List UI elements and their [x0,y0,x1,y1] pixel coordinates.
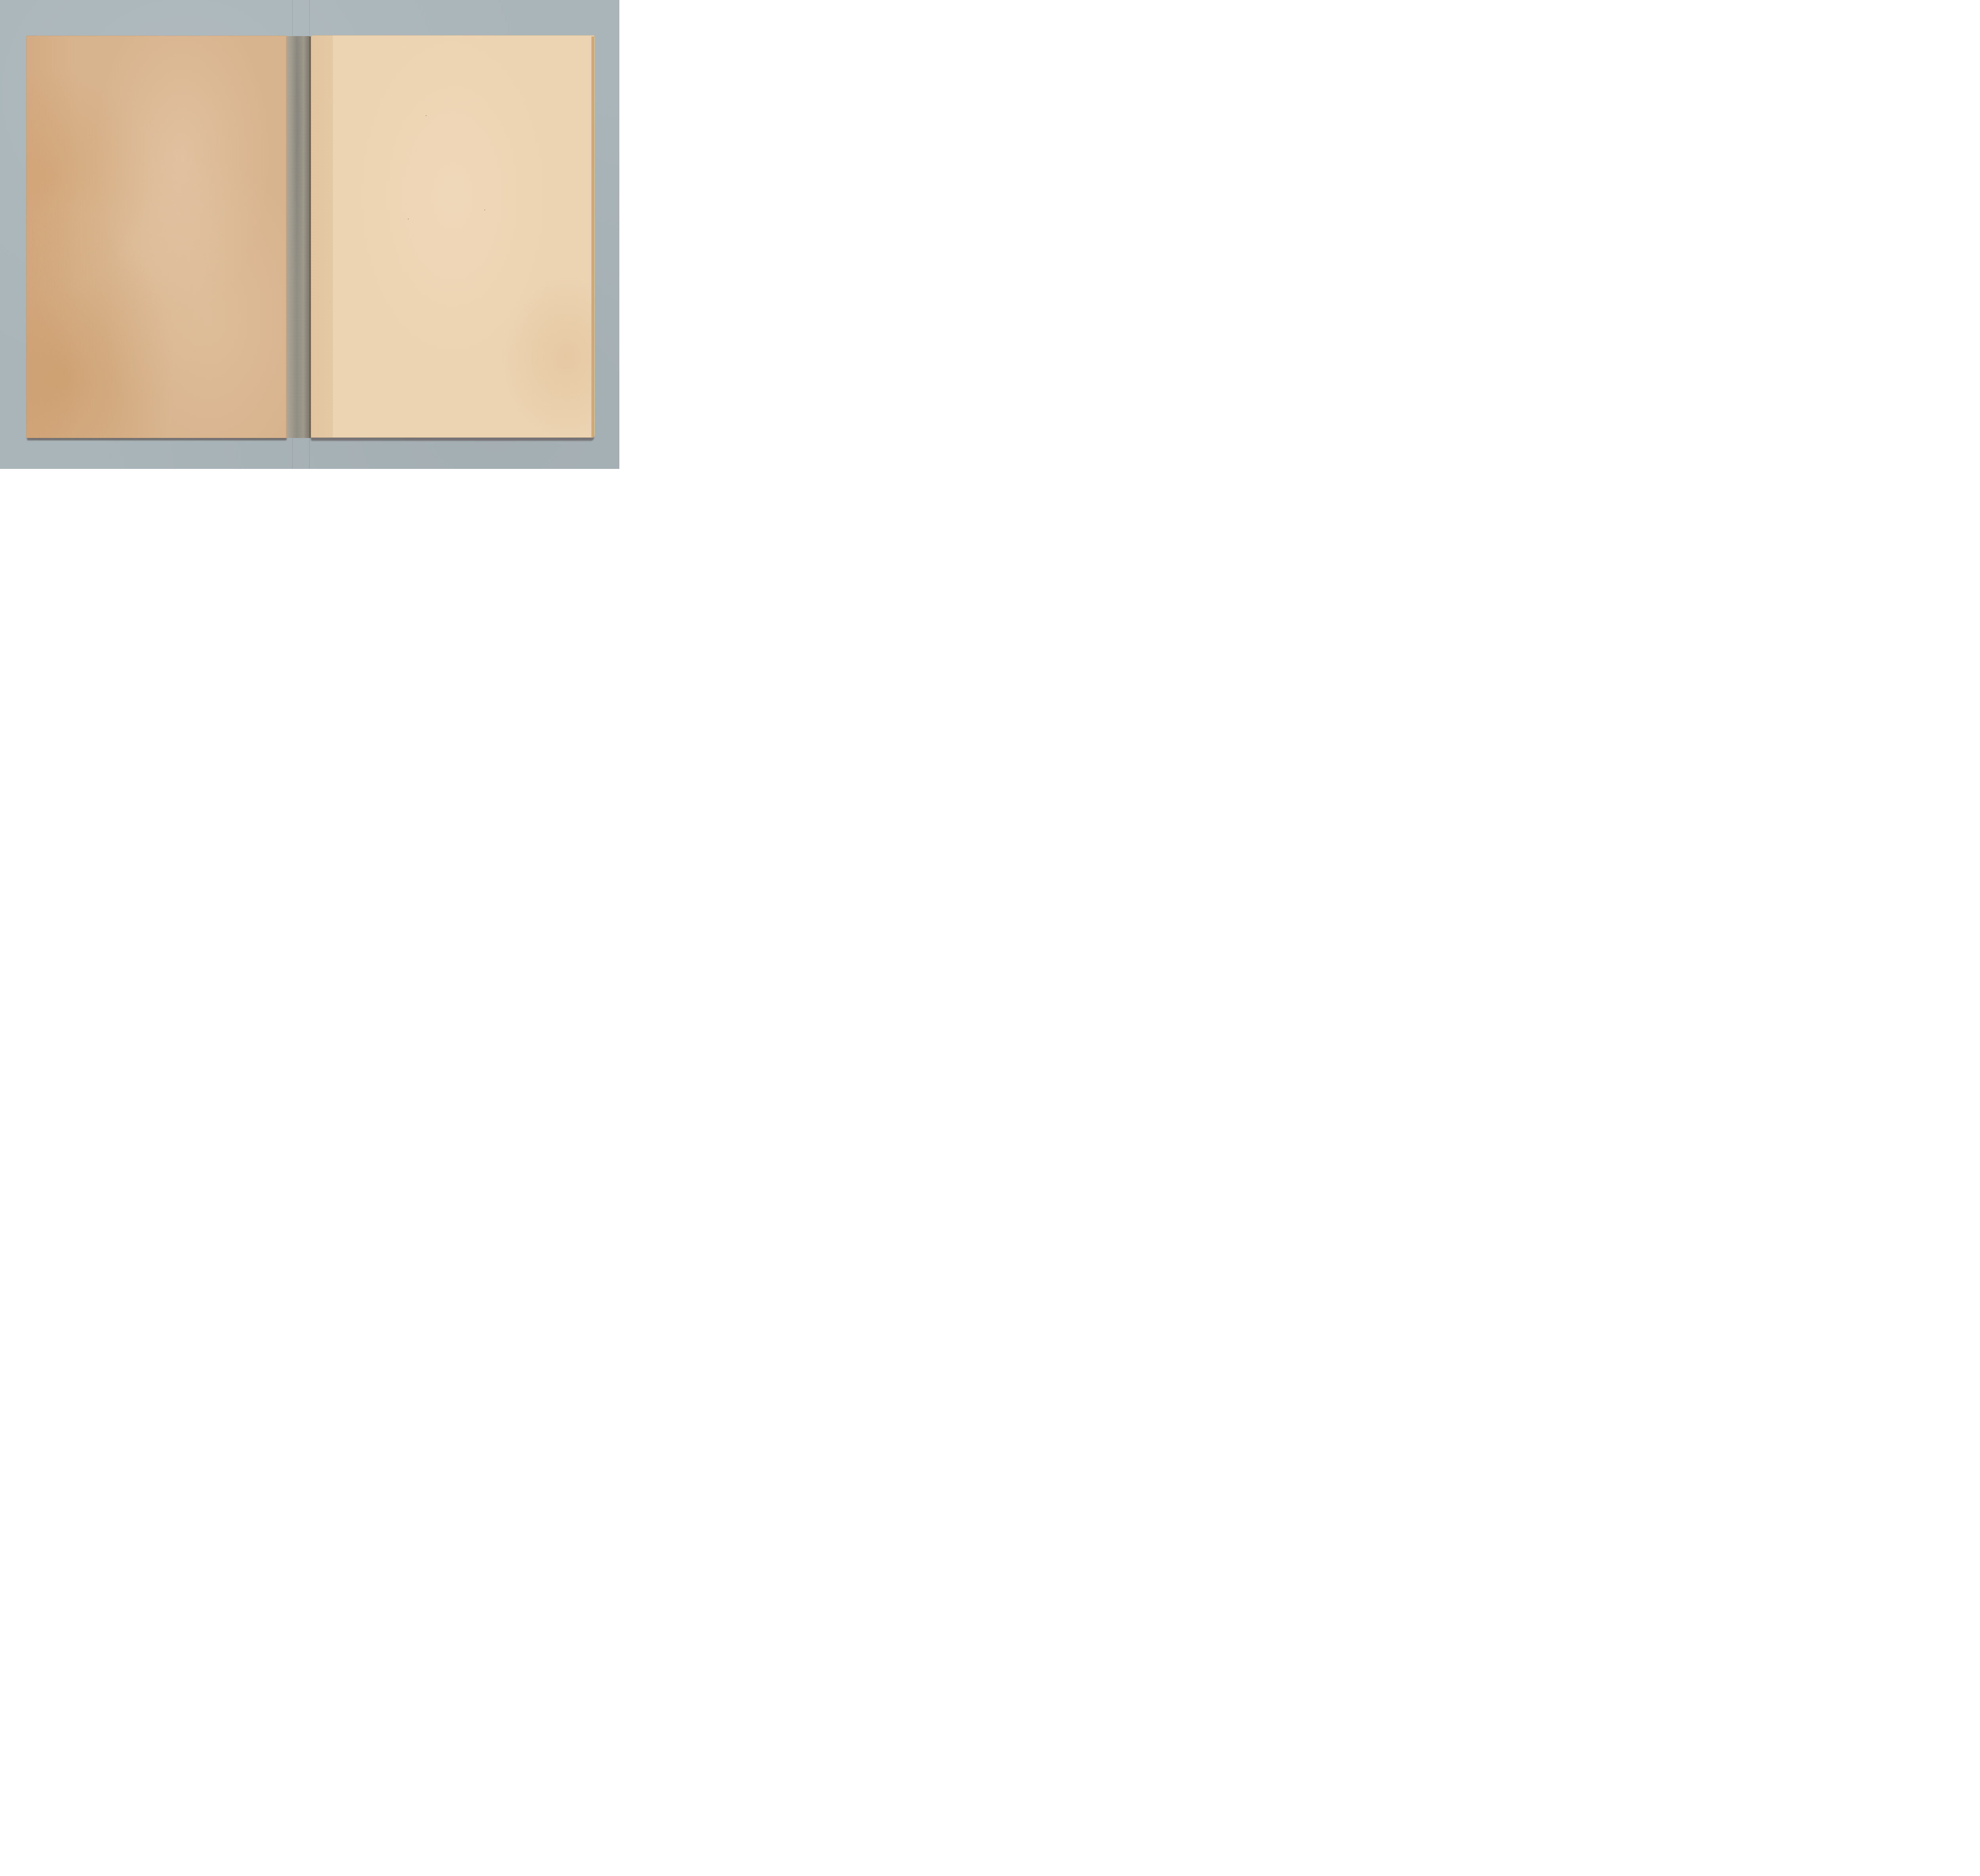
gutter-band [311,35,333,438]
foxing-spot [426,115,426,116]
inside-front-cover [26,36,286,438]
book-photo-scene [0,0,619,469]
page-block-edge [591,36,595,437]
foxing-spot [408,219,409,219]
cloth-spine-strip [286,36,309,438]
blank-endpaper [311,35,594,438]
foxing-spot [484,210,485,210]
